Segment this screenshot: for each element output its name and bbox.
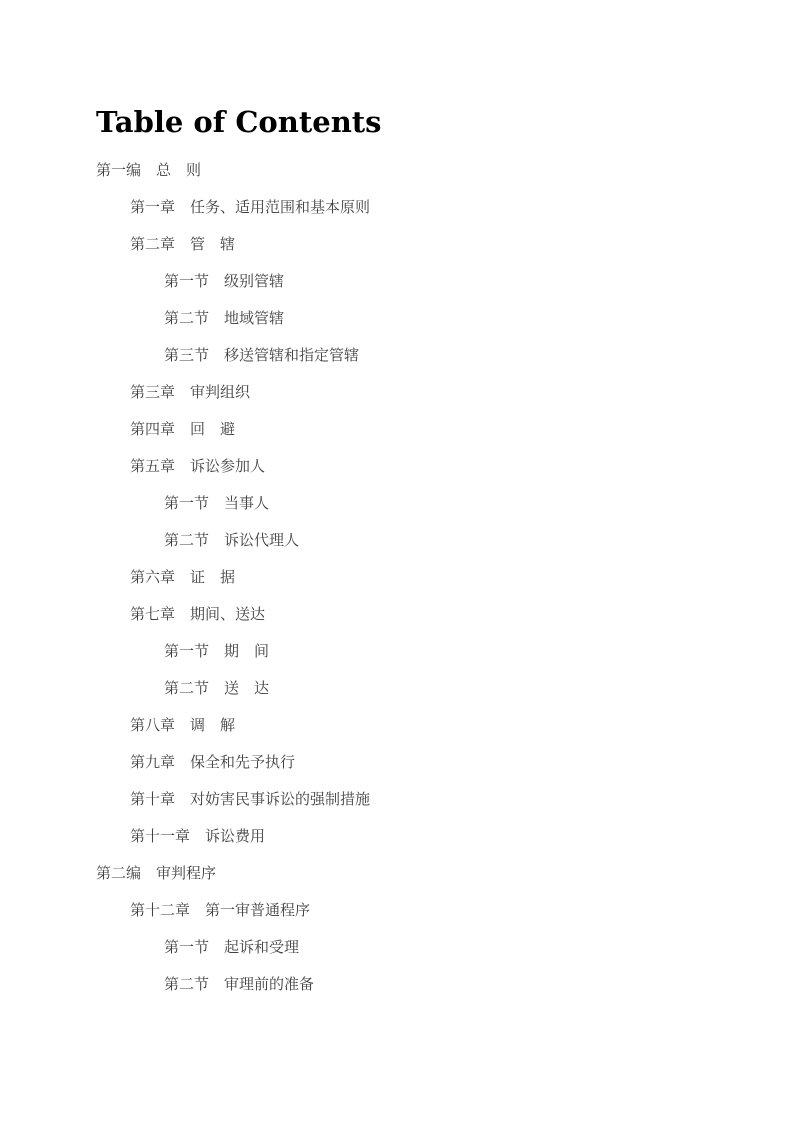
toc-entry: 第七章 期间、送达 (130, 607, 733, 623)
toc-entry: 第十章 对妨害民事诉讼的强制措施 (130, 792, 733, 808)
toc-list: 第一编 总 则第一章 任务、适用范围和基本原则第二章 管 辖第一节 级别管辖第二… (96, 163, 733, 993)
toc-entry: 第十一章 诉讼费用 (130, 829, 733, 845)
toc-entry: 第三章 审判组织 (130, 385, 733, 401)
page-content: Table of Contents 第一编 总 则第一章 任务、适用范围和基本原… (0, 0, 793, 993)
toc-entry: 第一章 任务、适用范围和基本原则 (130, 200, 733, 216)
toc-entry: 第三节 移送管辖和指定管辖 (164, 348, 733, 364)
toc-entry: 第一节 当事人 (164, 496, 733, 512)
toc-entry: 第二节 诉讼代理人 (164, 533, 733, 549)
toc-entry: 第四章 回 避 (130, 422, 733, 438)
document-page: Table of Contents 第一编 总 则第一章 任务、适用范围和基本原… (0, 0, 793, 1122)
toc-entry: 第十二章 第一审普通程序 (130, 903, 733, 919)
toc-entry: 第二编 审判程序 (96, 866, 733, 882)
toc-entry: 第一节 起诉和受理 (164, 940, 733, 956)
toc-entry: 第一节 级别管辖 (164, 274, 733, 290)
toc-entry: 第二节 送 达 (164, 681, 733, 697)
toc-entry: 第一节 期 间 (164, 644, 733, 660)
toc-entry: 第九章 保全和先予执行 (130, 755, 733, 771)
toc-entry: 第二章 管 辖 (130, 237, 733, 253)
toc-entry: 第八章 调 解 (130, 718, 733, 734)
toc-entry: 第五章 诉讼参加人 (130, 459, 733, 475)
toc-entry: 第六章 证 据 (130, 570, 733, 586)
page-title: Table of Contents (96, 105, 733, 139)
toc-entry: 第一编 总 则 (96, 163, 733, 179)
toc-entry: 第二节 审理前的准备 (164, 977, 733, 993)
toc-entry: 第二节 地域管辖 (164, 311, 733, 327)
